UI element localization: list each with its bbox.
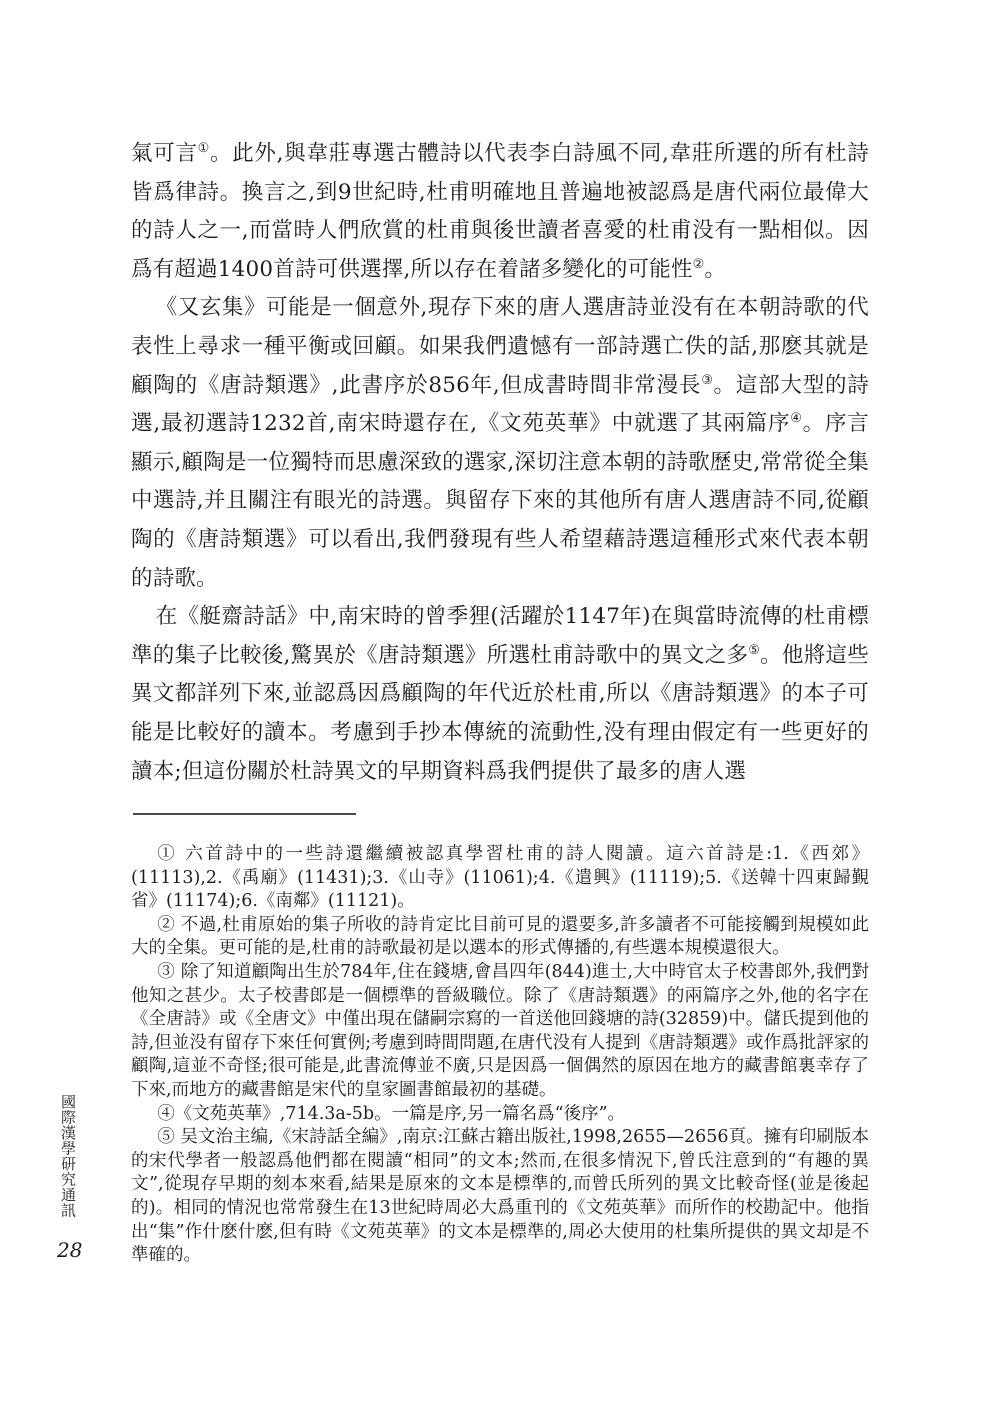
footnote-ref-marker: ④ bbox=[790, 411, 802, 426]
paragraph-continuation: 氣可言①。此外,與韋莊專選古體詩以代表李白詩風不同,韋莊所選的所有杜詩皆爲律詩。… bbox=[131, 135, 869, 289]
page-number: 28 bbox=[57, 1238, 82, 1262]
main-text-block: 氣可言①。此外,與韋莊專選古體詩以代表李白詩風不同,韋莊所選的所有杜詩皆爲律詩。… bbox=[131, 135, 869, 791]
paragraph: 在《艇齋詩話》中,南宋時的曾季狸(活躍於1147年)在與當時流傳的杜甫標準的集子… bbox=[131, 598, 869, 791]
footnotes-block: ① 六首詩中的一些詩還繼續被認真學習杜甫的詩人閱讀。這六首詩是:1.《西郊》(1… bbox=[131, 843, 869, 1268]
footnote-ref-marker: ① bbox=[198, 141, 210, 156]
footnote-ref-marker: ② bbox=[693, 257, 705, 272]
journal-title-vertical: 國際漢學研究通訊 bbox=[58, 1094, 79, 1218]
footnote-2: ② 不過,杜甫原始的集子所收的詩肯定比目前可見的還要多,許多讀者不可能接觸到規模… bbox=[131, 914, 869, 961]
footnote-5: ⑤ 吴文治主编,《宋詩話全編》,南京:江蘇古籍出版社,1998,2655—265… bbox=[131, 1126, 869, 1268]
footnote-separator-rule bbox=[133, 813, 356, 815]
paragraph: 《又玄集》可能是一個意外,現存下來的唐人選唐詩並没有在本朝詩歌的代表性上尋求一種… bbox=[131, 289, 869, 598]
footnote-4: ④《文苑英華》,714.3a-5b。一篇是序,另一篇名爲“後序”。 bbox=[131, 1103, 869, 1127]
footnote-ref-marker: ⑤ bbox=[748, 643, 760, 658]
document-page: 國際漢學研究通訊 28 氣可言①。此外,與韋莊專選古體詩以代表李白詩風不同,韋莊… bbox=[0, 0, 1004, 1417]
footnote-1: ① 六首詩中的一些詩還繼續被認真學習杜甫的詩人閱讀。這六首詩是:1.《西郊》(1… bbox=[131, 843, 869, 914]
footnote-ref-marker: ③ bbox=[701, 372, 713, 387]
footnote-3: ③ 除了知道顧陶出生於784年,住在錢塘,會昌四年(844)進士,大中時官太子校… bbox=[131, 961, 869, 1103]
